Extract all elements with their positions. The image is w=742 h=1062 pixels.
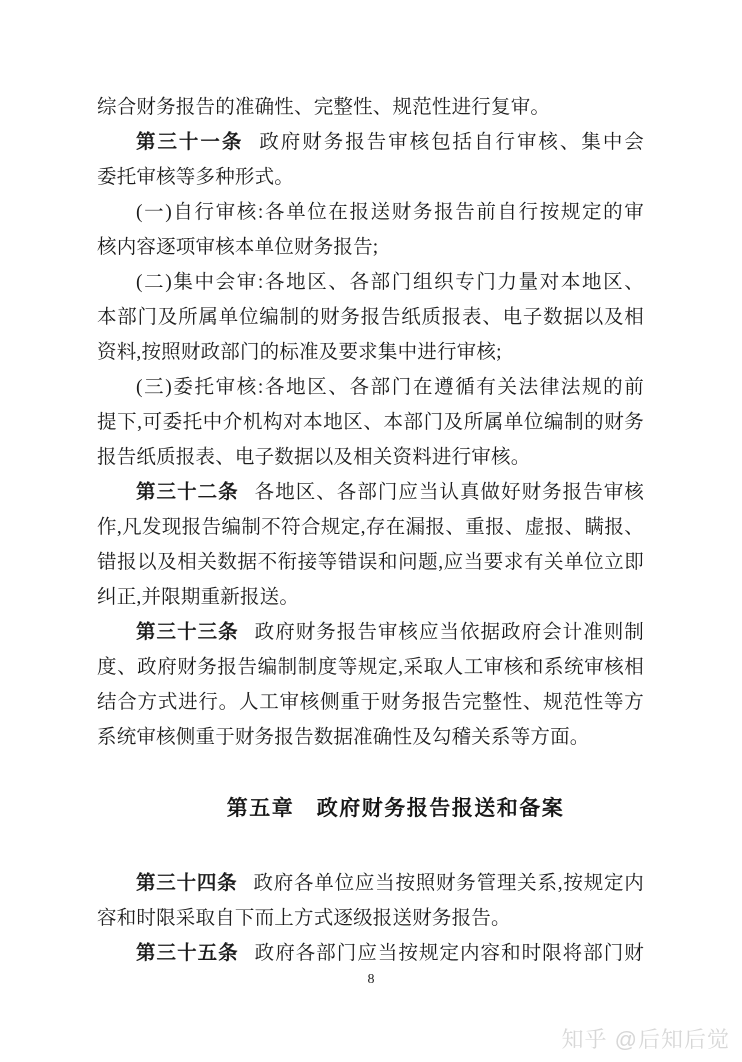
text-line: 报告纸质报表、电子数据以及相关资料进行审核。 (97, 440, 644, 475)
text-line: 第三十一条政府财务报告审核包括自行审核、集中会审、 (97, 125, 644, 160)
text-line: 错报以及相关数据不衔接等错误和问题,应当要求有关单位立即 (97, 545, 644, 580)
article-number: 第三十五条 (136, 943, 239, 964)
text-line: 第三十三条政府财务报告审核应当依据政府会计准则制 (97, 615, 644, 650)
text-line: (三)委托审核:各地区、各部门在遵循有关法律法规的前 (97, 370, 644, 405)
text-line: 度、政府财务报告编制制度等规定,采取人工审核和系统审核相 (97, 650, 644, 685)
page-number: 8 (0, 970, 742, 990)
text-line: 委托审核等多种形式。 (97, 160, 644, 195)
article-number: 第三十二条 (136, 482, 239, 503)
article-number: 第三十四条 (136, 873, 237, 894)
text-line: 核内容逐项审核本单位财务报告; (97, 230, 644, 265)
text-line: 容和时限采取自下而上方式逐级报送财务报告。 (97, 901, 644, 936)
article-number: 第三十三条 (136, 622, 239, 643)
chapter-heading: 第五章 政府财务报告报送和备案 (97, 791, 644, 827)
watermark: 知乎 @后知后觉 (562, 1023, 730, 1054)
text-line: 第三十二条各地区、各部门应当认真做好财务报告审核工 (97, 475, 644, 510)
text-line: 第三十四条政府各单位应当按照财务管理关系,按规定内 (97, 866, 644, 901)
text-line: 提下,可委托中介机构对本地区、本部门及所属单位编制的财务 (97, 405, 644, 440)
text-line: 综合财务报告的准确性、完整性、规范性进行复审。 (97, 90, 644, 125)
text-line: (一)自行审核:各单位在报送财务报告前自行按规定的审 (97, 195, 644, 230)
text-line: 作,凡发现报告编制不符合规定,存在漏报、重报、虚报、瞒报、 (97, 510, 644, 545)
text-line: (二)集中会审:各地区、各部门组织专门力量对本地区、 (97, 265, 644, 300)
text-line: 系统审核侧重于财务报告数据准确性及勾稽关系等方面。 (97, 720, 644, 755)
text-line: 本部门及所属单位编制的财务报告纸质报表、电子数据以及相关 (97, 300, 644, 335)
text-line: 资料,按照财政部门的标准及要求集中进行审核; (97, 335, 644, 370)
text-line: 第三十五条政府各部门应当按规定内容和时限将部门财 (97, 936, 644, 971)
article-number: 第三十一条 (136, 132, 243, 153)
document-page: 综合财务报告的准确性、完整性、规范性进行复审。第三十一条政府财务报告审核包括自行… (0, 0, 742, 1062)
document-body: 综合财务报告的准确性、完整性、规范性进行复审。第三十一条政府财务报告审核包括自行… (97, 90, 644, 971)
text-line: 结合方式进行。人工审核侧重于财务报告完整性、规范性等方面; (97, 685, 644, 720)
text-line: 纠正,并限期重新报送。 (97, 580, 644, 615)
